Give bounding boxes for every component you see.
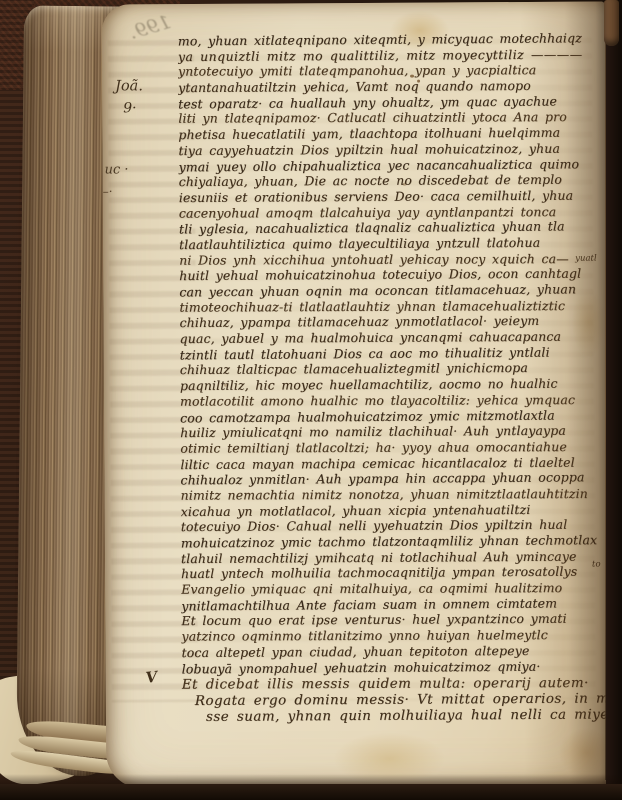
manuscript-photo: 199. Joã. 9· uc · –· V mo, yhuan xitlate… [0,0,622,800]
gutter-shadow [520,1,611,786]
margin-note-chapter-number: 9· [123,100,136,116]
margin-note-partial: –· [103,184,113,198]
cover-bottom-edge [0,784,622,800]
binding-clasp [604,0,619,46]
margin-check-mark: V [145,668,159,687]
margin-note-book-reference: Joã. [115,78,143,94]
manuscript-page: 199. Joã. 9· uc · –· V mo, yhuan xitlate… [102,1,611,788]
margin-note-partial: uc · [105,162,129,177]
binding-shadow [606,0,622,800]
